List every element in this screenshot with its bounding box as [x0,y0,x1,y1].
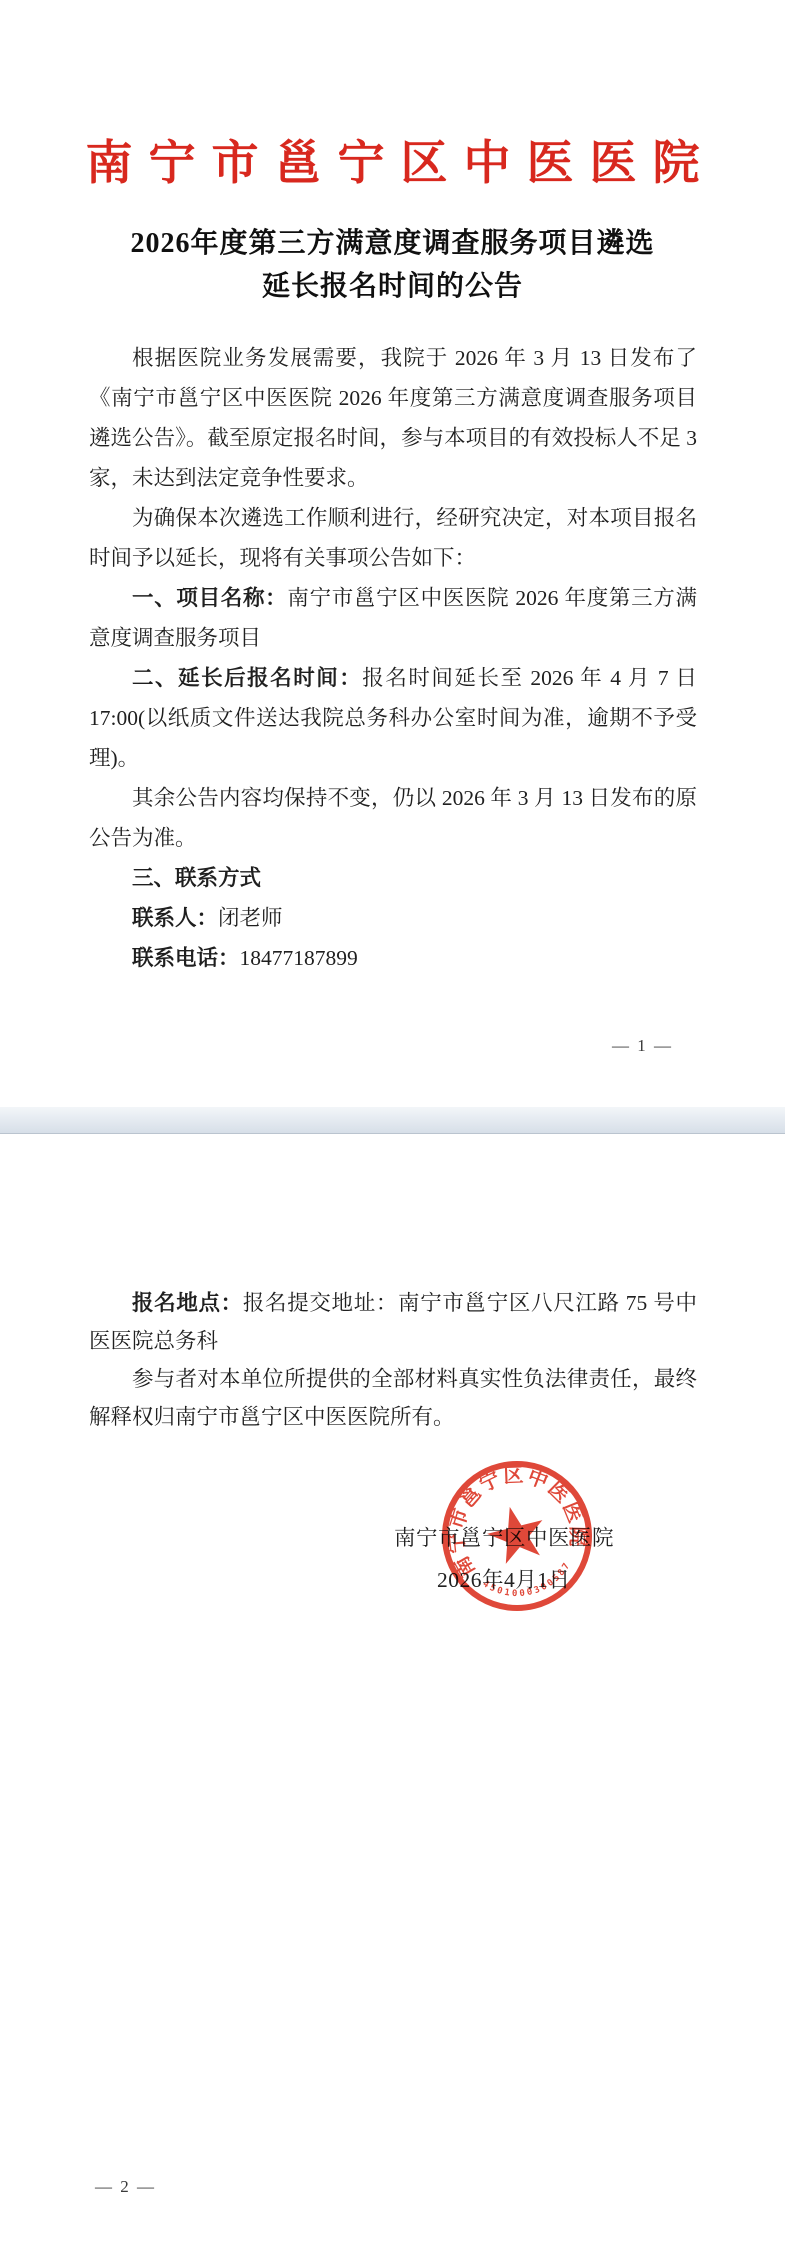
page2-body: 报名地点：报名提交地址：南宁市邕宁区八尺江路 75 号中医医院总务科 参与者对本… [89,1284,697,1436]
contact-person-name: 闭老师 [218,906,283,930]
item-project-name: 一、项目名称：南宁市邕宁区中医医院 2026 年度第三方满意度调查服务项目 [89,578,697,658]
paragraph-intro-text: 根据医院业务发展需要，我院于 2026 年 3 月 13 日发布了《南宁市邕宁区… [89,346,697,490]
page1-number: — 1 — [612,1036,673,1056]
item-extended-deadline-label: 二、延长后报名时间： [132,666,362,690]
paragraph-intro: 根据医院业务发展需要，我院于 2026 年 3 月 13 日发布了《南宁市邕宁区… [89,338,697,498]
paragraph-liability-text: 参与者对本单位所提供的全部材料真实性负法律责任，最终解释权归南宁市邕宁区中医医院… [89,1367,697,1429]
paragraph-decision: 为确保本次遴选工作顺利进行，经研究决定，对本项目报名时间予以延长，现将有关事项公… [89,498,697,578]
contact-phone-label: 联系电话： [132,946,240,970]
contact-person-label: 联系人： [132,906,218,930]
seal-star-icon [482,1500,550,1566]
section-contact-heading: 三、联系方式 [89,858,697,898]
document-title-line1: 2026年度第三方满意度调查服务项目遴选 [0,222,785,265]
official-seal-icon: 南宁市邕宁区中医医院 4501000300587 [437,1456,597,1616]
document-title-line2: 延长报名时间的公告 [0,265,785,308]
organization-title: 南宁市邕宁区中医医院 [0,126,785,193]
page2-number: — 2 — [95,2177,156,2197]
item-project-name-label: 一、项目名称： [132,586,287,610]
paragraph-liability: 参与者对本单位所提供的全部材料真实性负法律责任，最终解释权归南宁市邕宁区中医医院… [89,1360,697,1436]
registration-location-line: 报名地点：报名提交地址：南宁市邕宁区八尺江路 75 号中医医院总务科 [89,1284,697,1360]
page-divider [0,1107,785,1134]
paragraph-decision-text: 为确保本次遴选工作顺利进行，经研究决定，对本项目报名时间予以延长，现将有关事项公… [89,506,697,570]
paragraph-unchanged: 其余公告内容均保持不变，仍以 2026 年 3 月 13 日发布的原公告为准。 [89,778,697,858]
document-title: 2026年度第三方满意度调查服务项目遴选 延长报名时间的公告 [0,222,785,308]
page1-body: 根据医院业务发展需要，我院于 2026 年 3 月 13 日发布了《南宁市邕宁区… [89,338,697,978]
scanned-announcement-document: 南宁市邕宁区中医医院 2026年度第三方满意度调查服务项目遴选 延长报名时间的公… [0,0,785,2256]
contact-person-line: 联系人：闭老师 [89,898,697,938]
contact-phone-line: 联系电话：18477187899 [89,938,697,978]
contact-phone-number: 18477187899 [240,946,358,970]
item-extended-deadline: 二、延长后报名时间：报名时间延长至 2026 年 4 月 7 日 17:00(以… [89,658,697,778]
paragraph-unchanged-text: 其余公告内容均保持不变，仍以 2026 年 3 月 13 日发布的原公告为准。 [89,786,697,850]
registration-location-label: 报名地点： [132,1291,243,1315]
